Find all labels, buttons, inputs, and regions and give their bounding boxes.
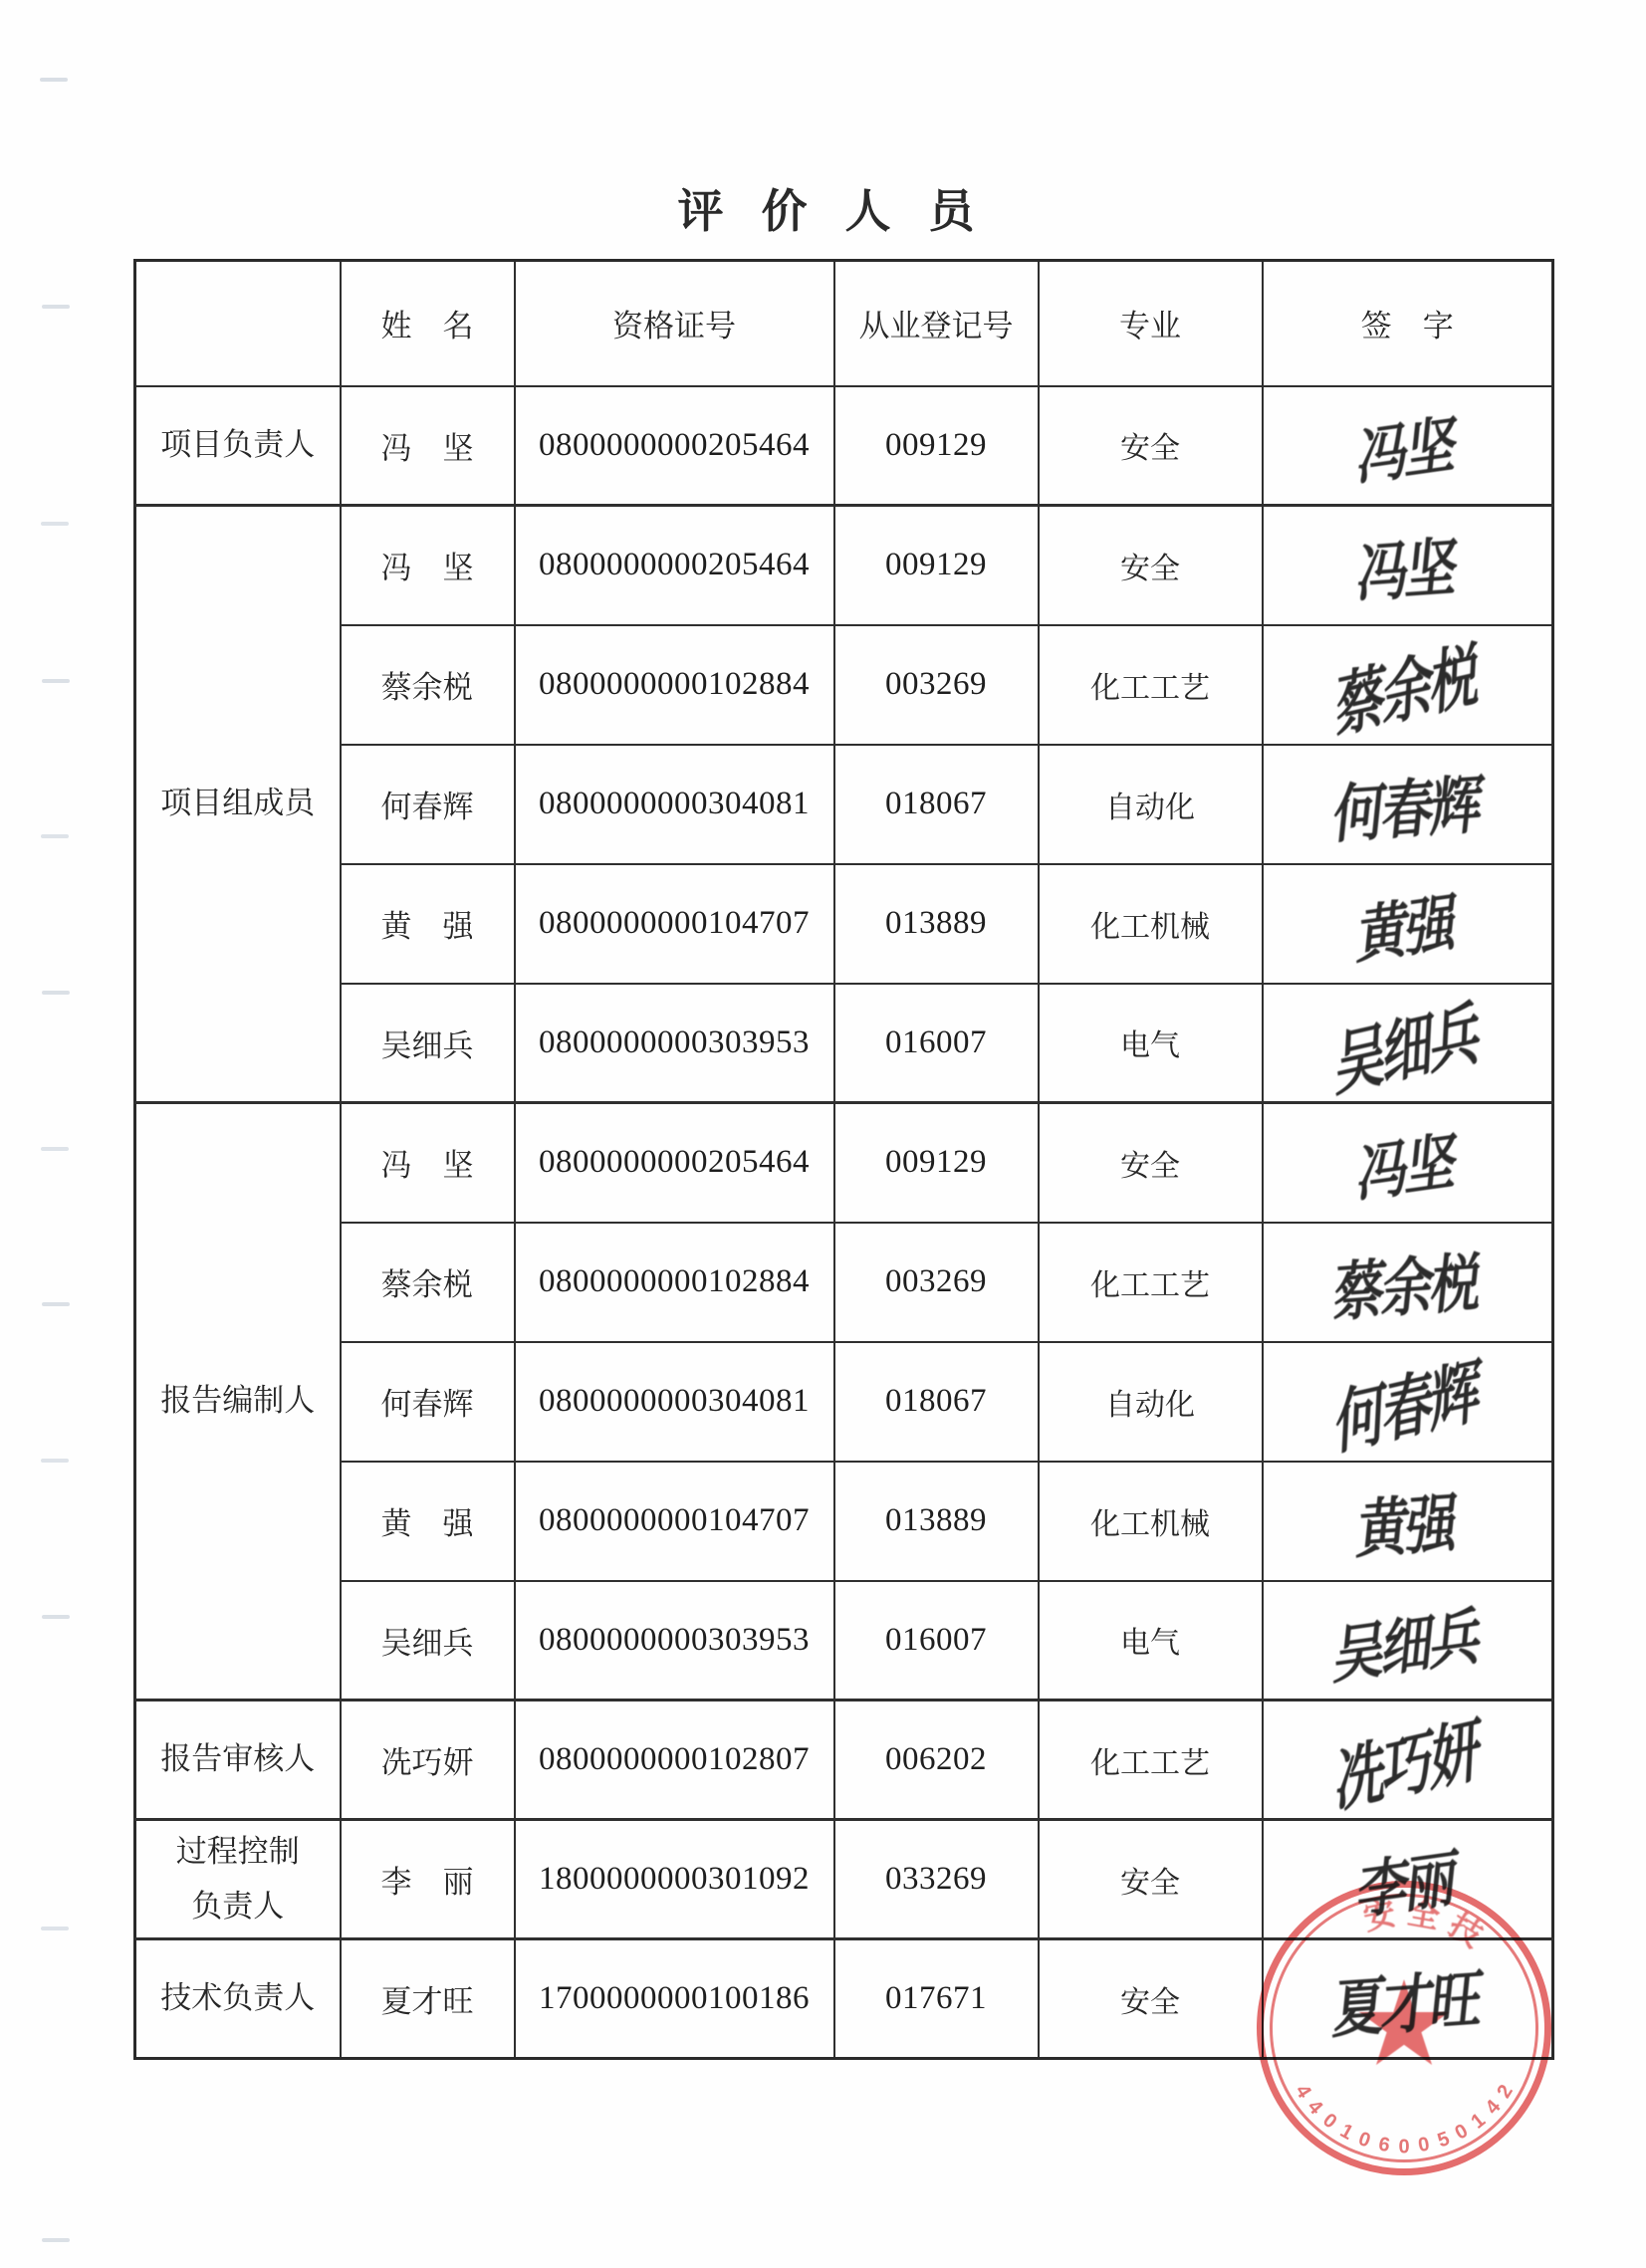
reg-cell: 018067 [834, 745, 1039, 864]
cert-cell: 0800000000205464 [515, 506, 834, 625]
cert-cell: 0800000000304081 [515, 1342, 834, 1462]
name-cell: 黄 强 [341, 1462, 515, 1581]
handwritten-signature: 冯坚 [1354, 1111, 1461, 1215]
cert-cell: 0800000000102884 [515, 625, 834, 745]
reg-cell: 016007 [834, 1581, 1039, 1701]
handwritten-signature: 李丽 [1354, 1827, 1461, 1930]
signature-cell: 冯坚 [1263, 506, 1553, 625]
header-reg: 从业登记号 [834, 261, 1039, 386]
cert-cell: 0800000000104707 [515, 864, 834, 984]
spec-cell: 化工机械 [1039, 864, 1263, 984]
spec-cell: 安全 [1039, 506, 1263, 625]
personnel-table-body: 项目负责人冯 坚0800000000205464009129安全冯坚项目组成员冯… [135, 386, 1553, 2059]
spec-cell: 化工机械 [1039, 1462, 1263, 1581]
table-row: 项目负责人冯 坚0800000000205464009129安全冯坚 [135, 386, 1553, 506]
table-row: 报告编制人冯 坚0800000000205464009129安全冯坚 [135, 1103, 1553, 1223]
signature-cell: 黄强 [1263, 1462, 1553, 1581]
name-cell: 何春辉 [341, 745, 515, 864]
table-row: 黄 强0800000000104707013889化工机械黄强 [135, 1462, 1553, 1581]
name-cell: 冼巧妍 [341, 1701, 515, 1820]
spec-cell: 电气 [1039, 984, 1263, 1103]
handwritten-signature: 蔡余棁 [1333, 617, 1482, 751]
handwritten-signature: 冼巧妍 [1333, 1693, 1482, 1826]
signature-cell: 吴细兵 [1263, 984, 1553, 1103]
table-row: 吴细兵0800000000303953016007电气吴细兵 [135, 1581, 1553, 1701]
handwritten-signature: 吴细兵 [1333, 976, 1482, 1109]
cert-cell: 0800000000102884 [515, 1223, 834, 1342]
reg-cell: 009129 [834, 506, 1039, 625]
role-label: 报告编制人 [140, 1374, 336, 1428]
handwritten-signature: 冯坚 [1353, 516, 1460, 614]
name-cell: 冯 坚 [341, 1103, 515, 1223]
cert-cell: 1800000000301092 [515, 1820, 834, 1939]
document-page: 评价人员 姓 名 资格证号 从业登记号 专业 签 字 项目负责人冯 坚08000… [0, 0, 1646, 2268]
table-row: 项目组成员冯 坚0800000000205464009129安全冯坚 [135, 506, 1553, 625]
handwritten-signature: 夏才旺 [1329, 1947, 1485, 2050]
table-row: 报告审核人冼巧妍0800000000102807006202化工工艺冼巧妍 [135, 1701, 1553, 1820]
cert-cell: 0800000000304081 [515, 745, 834, 864]
cert-cell: 0800000000303953 [515, 1581, 834, 1701]
role-cell: 报告编制人 [135, 1103, 341, 1701]
handwritten-signature: 吴细兵 [1330, 1585, 1485, 1696]
header-spec: 专业 [1039, 261, 1263, 386]
reg-cell: 033269 [834, 1820, 1039, 1939]
reg-cell: 013889 [834, 864, 1039, 984]
header-signature: 签 字 [1263, 261, 1553, 386]
cert-cell: 0800000000102807 [515, 1701, 834, 1820]
signature-cell: 何春辉 [1263, 1342, 1553, 1462]
handwritten-signature: 冯坚 [1354, 393, 1461, 497]
role-cell: 报告审核人 [135, 1701, 341, 1820]
spec-cell: 化工工艺 [1039, 1701, 1263, 1820]
name-cell: 吴细兵 [341, 984, 515, 1103]
spec-cell: 自动化 [1039, 1342, 1263, 1462]
reg-cell: 013889 [834, 1462, 1039, 1581]
handwritten-signature: 蔡余棁 [1329, 1231, 1485, 1333]
reg-cell: 003269 [834, 625, 1039, 745]
spec-cell: 化工工艺 [1039, 1223, 1263, 1342]
stamp-arc-glyph: 0 [1398, 2137, 1409, 2159]
spec-cell: 安全 [1039, 1820, 1263, 1939]
spec-cell: 安全 [1039, 386, 1263, 506]
spec-cell: 安全 [1039, 1103, 1263, 1223]
table-row: 何春辉0800000000304081018067自动化何春辉 [135, 745, 1553, 864]
signature-cell: 蔡余棁 [1263, 1223, 1553, 1342]
spec-cell: 电气 [1039, 1581, 1263, 1701]
header-cert: 资格证号 [515, 261, 834, 386]
handwritten-signature: 何春辉 [1333, 1334, 1482, 1468]
role-label: 技术负责人 [140, 1971, 336, 2025]
reg-cell: 016007 [834, 984, 1039, 1103]
signature-cell: 吴细兵 [1263, 1581, 1553, 1701]
table-row: 吴细兵0800000000303953016007电气吴细兵 [135, 984, 1553, 1103]
role-cell: 技术负责人 [135, 1939, 341, 2059]
role-label: 报告审核人 [140, 1732, 336, 1786]
name-cell: 冯 坚 [341, 386, 515, 506]
signature-cell: 黄强 [1263, 864, 1553, 984]
header-name: 姓 名 [341, 261, 515, 386]
role-label: 项目负责人 [140, 418, 336, 472]
handwritten-signature: 黄强 [1353, 1472, 1460, 1570]
reg-cell: 009129 [834, 1103, 1039, 1223]
role-label: 项目组成员 [140, 777, 336, 830]
role-cell: 项目负责人 [135, 386, 341, 506]
header-role [135, 261, 341, 386]
signature-cell: 冯坚 [1263, 1103, 1553, 1223]
role-label: 过程控制 [140, 1825, 336, 1879]
cert-cell: 0800000000205464 [515, 1103, 834, 1223]
reg-cell: 009129 [834, 386, 1039, 506]
spec-cell: 安全 [1039, 1939, 1263, 2059]
table-row: 黄 强0800000000104707013889化工机械黄强 [135, 864, 1553, 984]
role-cell: 过程控制负责人 [135, 1820, 341, 1939]
scan-margin-marks [40, 78, 68, 82]
name-cell: 吴细兵 [341, 1581, 515, 1701]
name-cell: 黄 强 [341, 864, 515, 984]
table-row: 蔡余棁0800000000102884003269化工工艺蔡余棁 [135, 625, 1553, 745]
spec-cell: 化工工艺 [1039, 625, 1263, 745]
handwritten-signature: 黄强 [1354, 871, 1461, 975]
name-cell: 冯 坚 [341, 506, 515, 625]
cert-cell: 0800000000303953 [515, 984, 834, 1103]
reg-cell: 018067 [834, 1342, 1039, 1462]
name-cell: 李 丽 [341, 1820, 515, 1939]
personnel-table: 姓 名 资格证号 从业登记号 专业 签 字 项目负责人冯 坚0800000000… [133, 259, 1554, 2060]
name-cell: 何春辉 [341, 1342, 515, 1462]
signature-cell: 冯坚 [1263, 386, 1553, 506]
handwritten-signature: 何春辉 [1329, 753, 1485, 855]
reg-cell: 017671 [834, 1939, 1039, 2059]
role-label: 负责人 [140, 1880, 336, 1933]
spec-cell: 自动化 [1039, 745, 1263, 864]
page-title: 评价人员 [0, 175, 1646, 241]
cert-cell: 0800000000104707 [515, 1462, 834, 1581]
cert-cell: 0800000000205464 [515, 386, 834, 506]
role-cell: 项目组成员 [135, 506, 341, 1103]
name-cell: 蔡余棁 [341, 1223, 515, 1342]
signature-cell: 冼巧妍 [1263, 1701, 1553, 1820]
signature-cell: 何春辉 [1263, 745, 1553, 864]
reg-cell: 006202 [834, 1701, 1039, 1820]
table-row: 蔡余棁0800000000102884003269化工工艺蔡余棁 [135, 1223, 1553, 1342]
cert-cell: 1700000000100186 [515, 1939, 834, 2059]
table-row: 技术负责人夏才旺1700000000100186017671安全夏才旺 [135, 1939, 1553, 2059]
table-row: 何春辉0800000000304081018067自动化何春辉 [135, 1342, 1553, 1462]
name-cell: 蔡余棁 [341, 625, 515, 745]
reg-cell: 003269 [834, 1223, 1039, 1342]
name-cell: 夏才旺 [341, 1939, 515, 2059]
signature-cell: 蔡余棁 [1263, 625, 1553, 745]
table-header-row: 姓 名 资格证号 从业登记号 专业 签 字 [135, 261, 1553, 386]
